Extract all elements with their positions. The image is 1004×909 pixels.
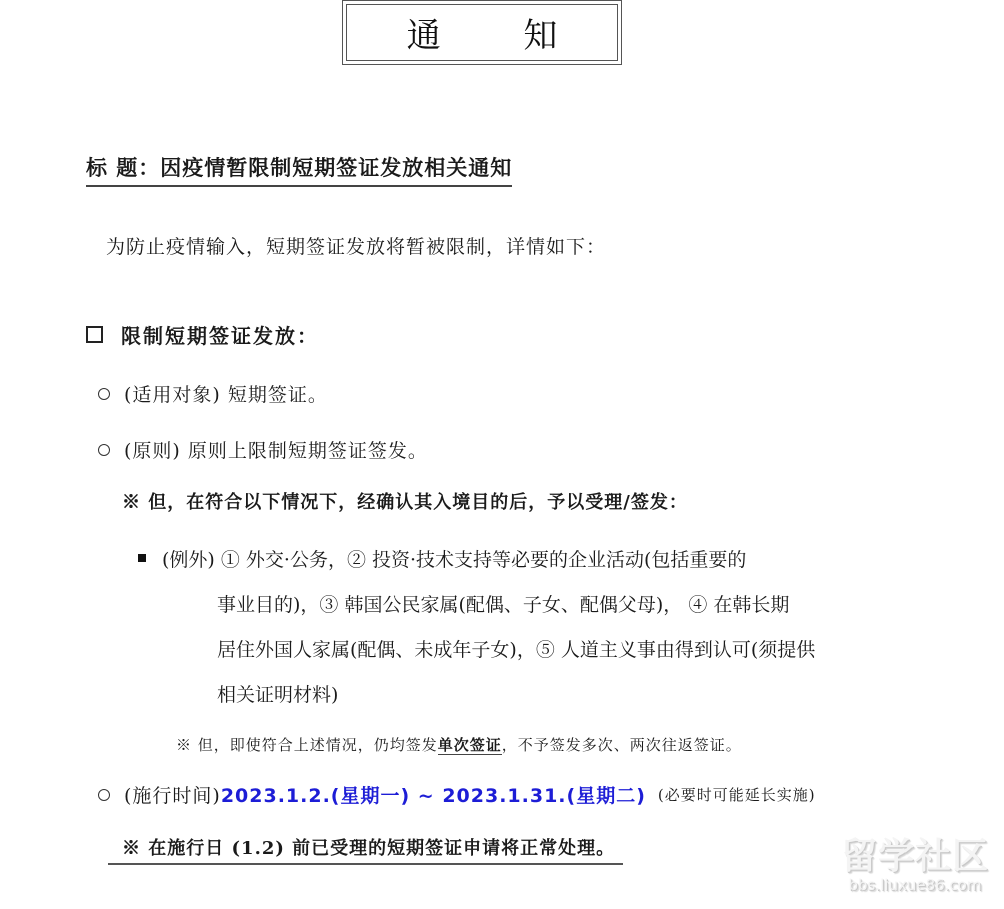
single-entry-note: ※ 但，即使符合上述情况，仍均签发单次签证，不予签发多次、两次往返签证。 xyxy=(176,734,742,755)
note-text-before: ※ 但，即使符合上述情况，仍均签发 xyxy=(176,736,438,754)
final-note: ※ 在施行日 (1.2) 前已受理的短期签证申请将正常处理。 xyxy=(108,834,623,865)
circle-icon xyxy=(98,388,110,400)
watermark-url: bbs.liuxue86.com xyxy=(835,876,995,894)
exception-conditions-note: ※ 但，在符合以下情况下，经确认其入境目的后，予以受理/签发： xyxy=(122,488,688,514)
list-item-text: (适用对象) 短期签证。 xyxy=(124,380,328,407)
exception-line: (例外) ① 外交·公务，② 投资·技术支持等必要的企业活动(包括重要的 xyxy=(138,538,898,583)
section-heading-text: 限制短期签证发放： xyxy=(121,320,319,349)
circle-icon xyxy=(98,789,110,801)
watermark-logo: 留学社区 bbs.liuxue86.com xyxy=(835,838,995,894)
notice-title-box: 通 知 xyxy=(342,0,622,65)
circle-icon xyxy=(98,444,110,456)
period-dates: 2023.1.2.(星期一) ~ 2023.1.31.(星期二) xyxy=(221,781,646,808)
notice-title: 通 知 xyxy=(371,8,594,57)
list-item-text: (原则) 原则上限制短期签证签发。 xyxy=(124,436,428,463)
effective-period-item: (施行时间) 2023.1.2.(星期一) ~ 2023.1.31.(星期二) … xyxy=(98,781,816,808)
exception-line: 事业目的)，③ 韩国公民家属(配偶、子女、配偶父母)， ④ 在韩长期 xyxy=(138,583,898,628)
intro-paragraph: 为防止疫情输入，短期签证发放将暂被限制，详情如下： xyxy=(106,232,606,259)
checkbox-icon xyxy=(86,326,103,343)
period-label: (施行时间) xyxy=(124,781,221,808)
exception-line: 相关证明材料) xyxy=(138,673,898,718)
period-remark: (必要时可能延长实施) xyxy=(658,784,816,805)
square-bullet-icon xyxy=(138,554,146,562)
list-item-applicable: (适用对象) 短期签证。 xyxy=(98,380,328,407)
watermark-text: 留学社区 xyxy=(835,838,995,876)
list-item-principle: (原则) 原则上限制短期签证签发。 xyxy=(98,436,428,463)
single-entry-emphasis: 单次签证 xyxy=(438,736,502,755)
notice-title-inner-border: 通 知 xyxy=(346,4,618,61)
exception-list: (例外) ① 外交·公务，② 投资·技术支持等必要的企业活动(包括重要的 事业目… xyxy=(138,538,898,718)
exception-line: 居住外国人家属(配偶、未成年子女)，⑤ 人道主义事由得到认可(须提供 xyxy=(138,628,898,673)
section-heading: 限制短期签证发放： xyxy=(86,320,319,349)
exception-line-text: (例外) ① 外交·公务，② 投资·技术支持等必要的企业活动(包括重要的 xyxy=(162,549,746,571)
note-text-after: ，不予签发多次、两次往返签证。 xyxy=(502,736,742,754)
subject-line: 标 题：因疫情暂限制短期签证发放相关通知 xyxy=(86,152,512,187)
